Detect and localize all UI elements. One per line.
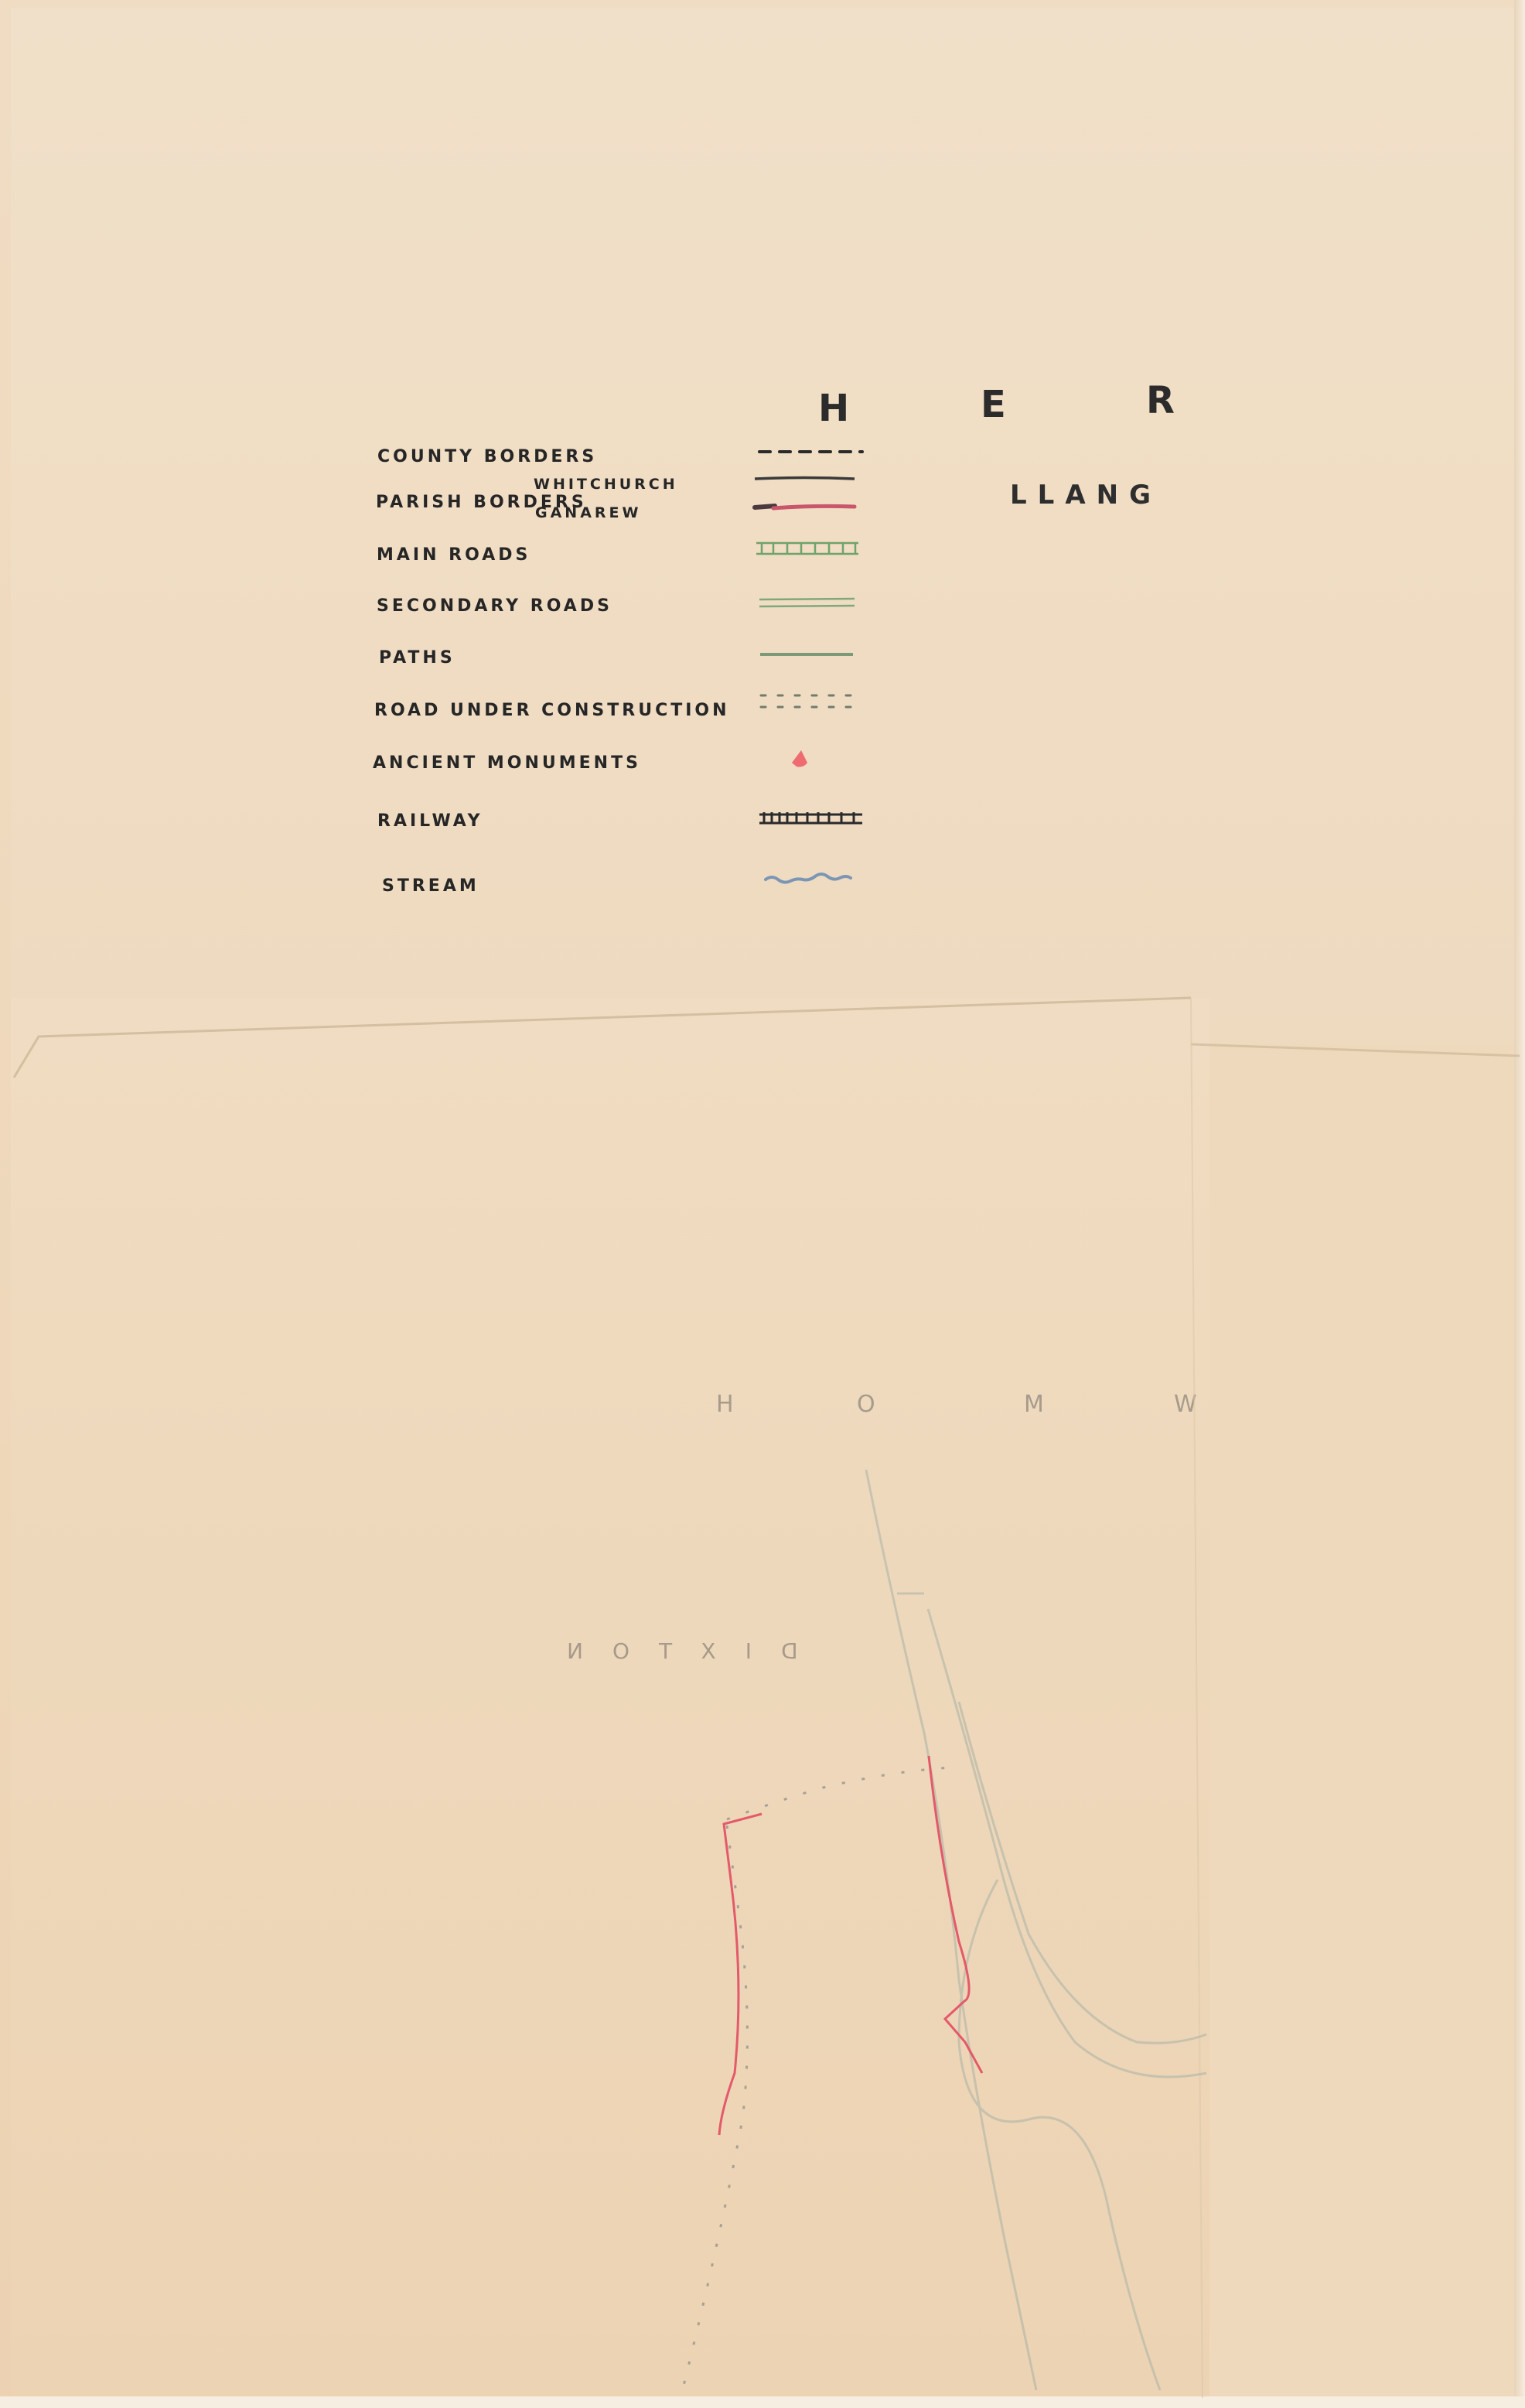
- paper-seam-right: [1191, 1044, 1520, 1056]
- road-under-construction-symbol: [761, 695, 857, 707]
- paper-seam-vertical: [1191, 998, 1203, 2398]
- ganarew-parish-border: [719, 1756, 982, 2135]
- railway-symbol: [759, 812, 862, 823]
- parish-borders-symbol: [755, 478, 855, 509]
- ancient-monuments-symbol: [792, 750, 807, 767]
- map-sheet: H E R LLANG H O M W DIXTON COUNTY BORDER…: [0, 0, 1525, 2408]
- faint-road-network: [866, 1470, 1206, 2390]
- stream-symbol: [766, 874, 851, 883]
- paper-seam-top: [14, 998, 1191, 1078]
- map-linework: [0, 0, 1525, 2408]
- secondary-roads-symbol: [759, 599, 855, 606]
- faint-dotted-border: [681, 1768, 951, 2398]
- main-roads-symbol: [756, 543, 858, 554]
